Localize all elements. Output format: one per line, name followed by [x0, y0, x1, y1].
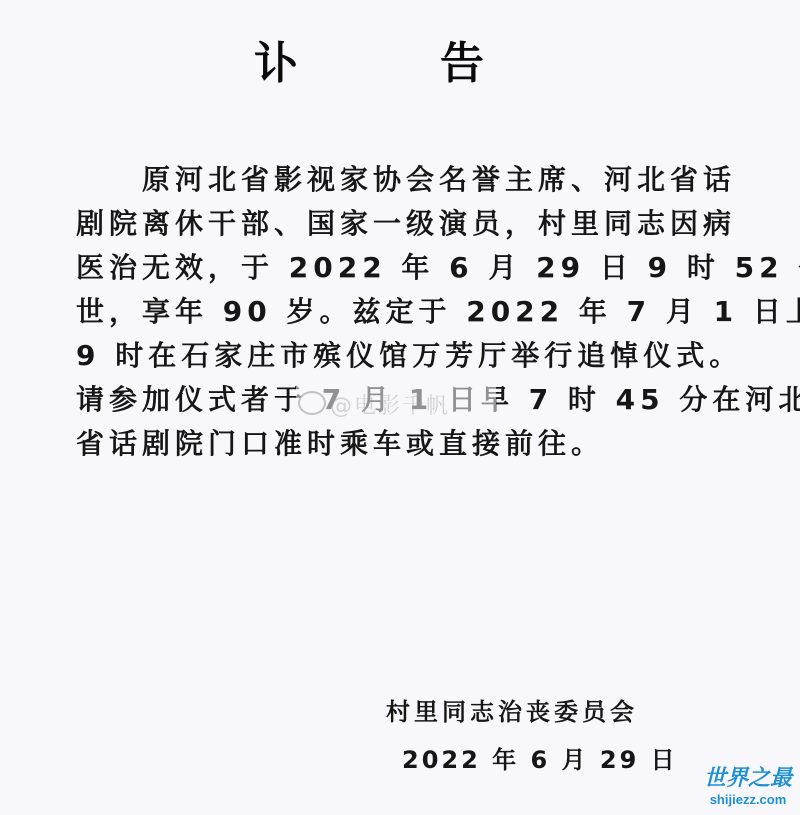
signature-committee: 村里同志治丧委员会: [386, 692, 638, 732]
notice-title: 讣 告: [0, 36, 800, 92]
title-char-1: 讣: [254, 36, 298, 92]
body-line-7: 省话剧院门口准时乘车或直接前往。: [76, 422, 726, 466]
site-logo-sub: shijiezz.com: [700, 792, 796, 808]
body-line-4: 世，享年 90 岁。兹定于 2022 年 7 月 1 日上午: [76, 290, 726, 334]
site-logo-main: 世界之最: [700, 766, 796, 792]
body-line-1: 原河北省影视家协会名誉主席、河北省话: [76, 158, 726, 202]
body-line-2: 剧院离休干部、国家一级演员，村里同志因病: [76, 202, 726, 246]
body-line-3: 医治无效，于 2022 年 6 月 29 日 9 时 52 分逝: [76, 246, 726, 290]
signature-date: 2022 年 6 月 29 日: [402, 740, 678, 780]
site-logo: 世界之最 shijiezz.com: [700, 766, 796, 812]
body-line-6: 请参加仪式者于 7 月 1 日早 7 时 45 分在河北: [76, 378, 726, 422]
notice-body: 原河北省影视家协会名誉主席、河北省话 剧院离休干部、国家一级演员，村里同志因病 …: [76, 158, 726, 466]
title-char-2: 告: [440, 36, 484, 92]
body-line-5: 9 时在石家庄市殡仪馆万芳厅举行追悼仪式。: [76, 334, 726, 378]
